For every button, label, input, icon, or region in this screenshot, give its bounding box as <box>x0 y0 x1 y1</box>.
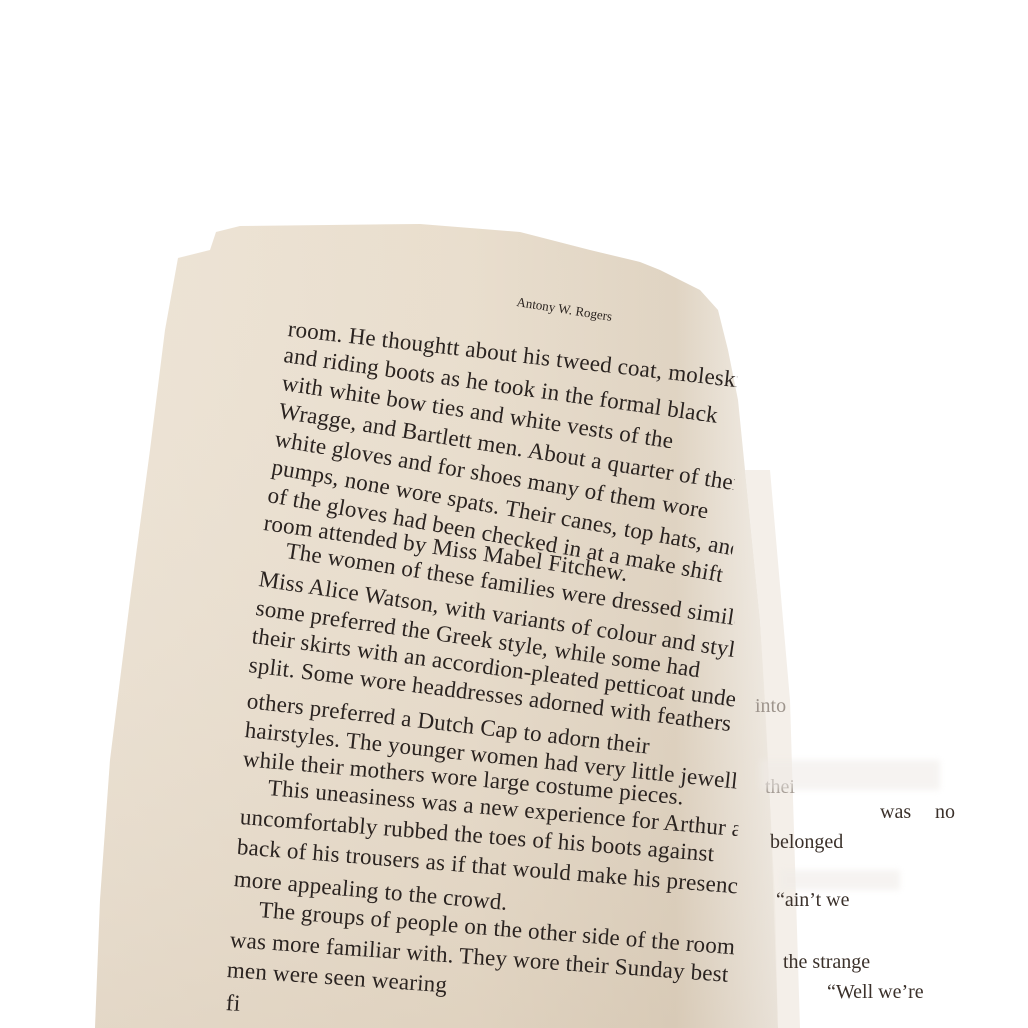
facing-page-word: belonged <box>770 831 843 854</box>
facing-page-word: no <box>935 801 955 824</box>
facing-page-word: the strange <box>783 951 870 974</box>
photo-scene: Antony W. Rogers room. He thoughtt about… <box>0 0 1028 1028</box>
blurred-text-patch <box>760 760 940 790</box>
blurred-text-patch <box>780 870 900 890</box>
facing-page-word: “ain’t we <box>776 889 850 912</box>
facing-page-word: was <box>880 801 911 824</box>
running-header: Antony W. Rogers <box>515 294 613 325</box>
facing-page-word: “Well we’re <box>827 981 924 1004</box>
text-line: fi <box>225 990 241 1017</box>
facing-page-word: into <box>755 695 786 718</box>
